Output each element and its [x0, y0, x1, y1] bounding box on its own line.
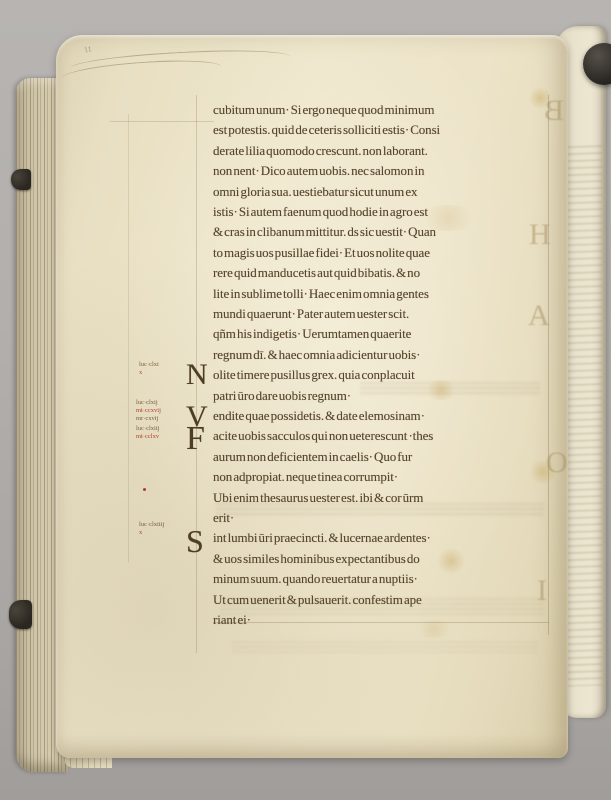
section-reference: luc·clxiiij: [139, 521, 164, 529]
manuscript-line: aurum non deficientem in caelis· Quo fur: [213, 447, 555, 468]
eusebian-margin-note: luc·clxijmt·ccxvijmr·cxvij: [136, 399, 161, 423]
manuscript-line: & cras in clibanum mittitur. ds sic uest…: [213, 222, 555, 243]
manuscript-line: minum suum. quando reuertatur a nuptiis·: [213, 569, 555, 590]
manuscript-line: Ut cum uenerit & pulsauerit. confestim a…: [213, 590, 555, 611]
manuscript-line: istis· Si autem faenum quod hodie in agr…: [213, 202, 555, 223]
rubric-canon-number: x: [139, 369, 159, 377]
ruling-line-horizontal: [110, 121, 214, 122]
manuscript-line: Ubi enim thesaurus uester est. ibi & cor…: [213, 488, 555, 509]
manuscript-line: acite uobis sacculos qui non ueterescunt…: [213, 426, 555, 447]
manuscript-line: erit·: [213, 508, 555, 529]
manuscript-line: mundi quaerunt· Pater autem uester scit.: [213, 304, 555, 325]
manuscript-line: lite in sublime tolli· Haec enim omnia g…: [213, 284, 555, 305]
eusebian-margin-note: luc·clxiijmt·cclxv: [136, 425, 159, 441]
rubric-canon-number: x: [139, 529, 164, 537]
manuscript-line: rere quid manducetis aut quid bibatis. &…: [213, 263, 555, 284]
manuscript-line: est potestis. quid de ceteris solliciti …: [213, 120, 555, 141]
manuscript-line: riant ei·: [213, 610, 555, 631]
illuminated-initial-S: S: [186, 525, 204, 557]
show-through-text-lines: [562, 145, 602, 686]
ink-show-through-band: [232, 641, 538, 653]
manuscript-line: to magis uos pusillae fidei· Et uos noli…: [213, 243, 555, 264]
manuscript-line: qñm his indigetis· Uerumtamen quaerite: [213, 324, 555, 345]
section-reference: luc·clxi: [139, 361, 159, 369]
leather-tab-marker: [11, 169, 31, 190]
manuscript-line: derate lilia quomodo crescunt. non labor…: [213, 141, 555, 162]
eusebian-margin-note: luc·clxix: [139, 361, 159, 377]
leather-tab-marker: [9, 600, 32, 629]
section-reference: luc·clxij: [136, 399, 161, 407]
section-reference: mr·cxvij: [136, 415, 161, 423]
illuminated-initial-F: F: [186, 422, 205, 456]
manuscript-line: int lumbi ūri praecincti. & lucernae ard…: [213, 528, 555, 549]
rubric-dot: [143, 488, 146, 491]
eusebian-margin-note: luc·clxiiijx: [139, 521, 164, 537]
rubric-canon-number: mt·ccxvij: [136, 407, 161, 415]
ruling-line-vertical: [128, 114, 129, 562]
rubric-canon-number: mt·cclxv: [136, 433, 159, 441]
manuscript-line: regnum dī. & haec omnia adicientur uobis…: [213, 345, 555, 366]
manuscript-line: patri ūro dare uobis regnum·: [213, 386, 555, 407]
manuscript-line: non adpropiat. neque tinea corrumpit·: [213, 467, 555, 488]
manuscript-line: omni gloria sua. uestiebatur sicut unum …: [213, 182, 555, 203]
pencil-mark: 11: [83, 45, 92, 55]
manuscript-line: non nent· Dico autem uobis. nec salomon …: [213, 161, 555, 182]
section-reference: luc·clxiij: [136, 425, 159, 433]
manuscript-line: endite quae possidetis. & date elemosina…: [213, 406, 555, 427]
manuscript-line: cubitum unum· Si ergo neque quod minimum: [213, 100, 555, 121]
illuminated-initial-N: N: [186, 360, 208, 390]
manuscript-line: & uos similes hominibus expectantibus do: [213, 549, 555, 570]
manuscript-photo: BHAOI cubitum unum· Si ergo neque quod m…: [0, 0, 611, 800]
manuscript-line: olite timere pusillus grex. quia conplac…: [213, 365, 555, 386]
